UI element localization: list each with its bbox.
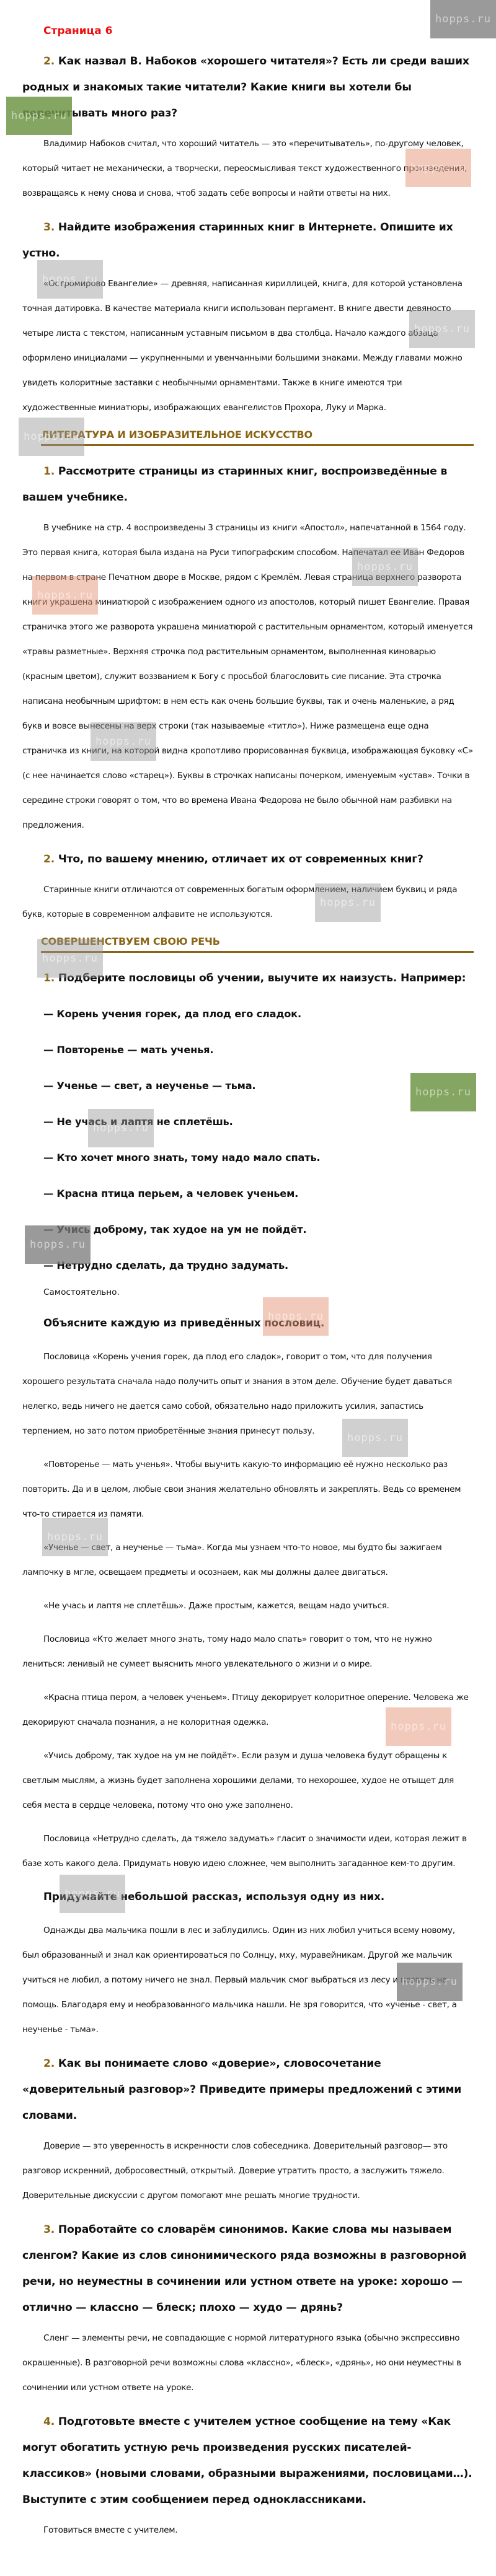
- proverb-item: — Корень учения горек, да плод его сладо…: [43, 996, 474, 1032]
- question-number: 4.: [43, 2416, 55, 2428]
- explanation-paragraph: «Повторенье — мать ученья». Чтобы выучит…: [22, 1452, 474, 1527]
- explanation-paragraph: «Учись доброму, так худое на ум не пойдё…: [22, 1743, 474, 1818]
- question-text: Поработайте со словарём синонимов. Какие…: [22, 2223, 466, 2314]
- question: 1. Рассмотрите страницы из старинных кни…: [22, 458, 474, 510]
- question: 3. Найдите изображения старинных книг в …: [22, 214, 474, 266]
- document-page: Страница 6 2. Как назвал В. Набоков «хор…: [0, 0, 496, 2576]
- story-text: Однажды два мальчика пошли в лес и заблу…: [22, 1918, 474, 2042]
- section-heading-speech: СОВЕРШЕНСТВУЕМ СВОЮ РЕЧЬ: [41, 935, 474, 953]
- answer-text: Доверие — это уверенность в искренности …: [22, 2134, 474, 2208]
- explanation-paragraph: Пословица «Кто желает много знать, тому …: [22, 1627, 474, 1676]
- answer-text: Старинные книги отличаются от современны…: [22, 877, 474, 927]
- answer-text: «Остромирово Евангелие» — древняя, напис…: [22, 271, 474, 420]
- story-heading: Придумайте небольшой рассказ, используя …: [22, 1885, 474, 1909]
- question: 2. Что, по вашему мнению, отличает их от…: [22, 846, 474, 872]
- answer-text: Сленг — элементы речи, не совпадающие с …: [22, 2326, 474, 2400]
- question: 2. Как вы понимаете слово «доверие», сло…: [22, 2051, 474, 2129]
- block-old-books: 1. Рассмотрите страницы из старинных кни…: [22, 458, 474, 927]
- question-number: 1.: [43, 465, 55, 478]
- proverb-item: — Не учась и лаптя не сплетёшь.: [43, 1104, 474, 1140]
- question-number: 3.: [43, 221, 55, 234]
- self-note: Самостоятельно.: [43, 1287, 474, 1297]
- question-number: 2.: [43, 853, 55, 865]
- proverb-item: — Красна птица перьем, а человек ученьем…: [43, 1176, 474, 1212]
- question-text: Как вы понимаете слово «доверие», словос…: [22, 2057, 461, 2122]
- answer-text: В учебнике на стр. 4 воспроизведены 3 ст…: [22, 515, 474, 838]
- question: 4. Подготовьте вместе с учителем устное …: [22, 2409, 474, 2513]
- question-text: Подготовьте вместе с учителем устное соо…: [22, 2416, 472, 2506]
- question: 3. Поработайте со словарём синонимов. Ка…: [22, 2217, 474, 2321]
- question-number: 2.: [43, 2057, 55, 2070]
- explanation-paragraph: Пословица «Корень учения горек, да плод …: [22, 1344, 474, 1444]
- explanation-list: Пословица «Корень учения горек, да плод …: [22, 1344, 474, 1876]
- question-number: 2.: [43, 55, 55, 68]
- task-number: 1.: [43, 972, 55, 984]
- question: 2. Как назвал В. Набоков «хорошего читат…: [22, 48, 474, 126]
- task-proverbs: 1. Подберите пословицы об учении, выучит…: [22, 965, 474, 991]
- proverb-item: — Учись доброму, так худое на ум не пойд…: [43, 1212, 474, 1248]
- question-text: Как назвал В. Набоков «хорошего читателя…: [22, 55, 469, 120]
- explanation-paragraph: «Красна птица пером, а человек ученьем».…: [22, 1685, 474, 1735]
- explanation-paragraph: «Ученье — свет, а неученье — тьма». Когд…: [22, 1535, 474, 1585]
- block-speech-tasks: 2. Как вы понимаете слово «доверие», сло…: [22, 2051, 474, 2543]
- proverb-item: — Повторенье — мать ученья.: [43, 1032, 474, 1068]
- question-text: Найдите изображения старинных книг в Инт…: [22, 221, 453, 260]
- block-reading: 2. Как назвал В. Набоков «хорошего читат…: [22, 48, 474, 420]
- question-text: Что, по вашему мнению, отличает их от со…: [55, 853, 423, 865]
- explanation-paragraph: Пословица «Нетрудно сделать, да тяжело з…: [22, 1826, 474, 1876]
- task-text: Подберите пословицы об учении, выучите и…: [55, 972, 466, 984]
- page-title: Страница 6: [43, 25, 474, 37]
- explanation-paragraph: «Не учась и лаптя не сплетёшь». Даже про…: [22, 1593, 474, 1618]
- question-number: 3.: [43, 2223, 55, 2236]
- section-heading-literature-art: ЛИТЕРАТУРА И ИЗОБРАЗИТЕЛЬНОЕ ИСКУССТВО: [41, 429, 474, 446]
- answer-text: Владимир Набоков считал, что хороший чит…: [22, 131, 474, 206]
- proverb-item: — Кто хочет много знать, тому надо мало …: [43, 1140, 474, 1176]
- proverb-item: — Нетрудно сделать, да трудно задумать.: [43, 1248, 474, 1284]
- answer-text: Готовиться вместе с учителем.: [22, 2518, 474, 2543]
- explain-heading: Объясните каждую из приведённых пословиц…: [22, 1311, 474, 1336]
- proverb-list: — Корень учения горек, да плод его сладо…: [22, 996, 474, 1284]
- question-text: Рассмотрите страницы из старинных книг, …: [22, 465, 447, 504]
- proverb-item: — Ученье — свет, а неученье — тьма.: [43, 1068, 474, 1104]
